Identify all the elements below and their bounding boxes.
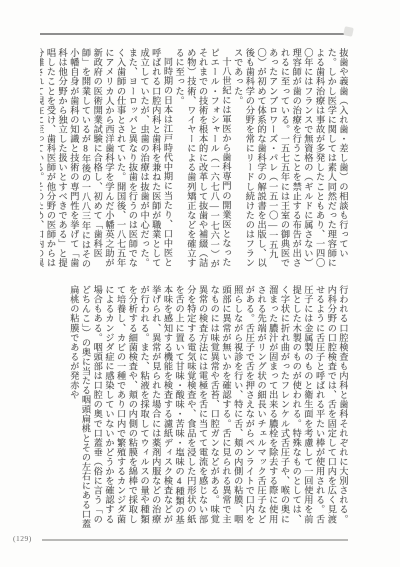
paragraph-dentistry-history-3: 同時期の日本は江戸時代中期に当たり、口中医と呼ばれる口腔内科と歯科を兼ねた医師が… bbox=[40, 48, 172, 272]
book-page: 抜歯や義歯（入れ歯・差し歯）の相談も行っていた。しかし医学に関しては素人同然だっ… bbox=[0, 0, 400, 567]
bottom-horizontal-rule bbox=[42, 539, 348, 541]
page-number: (129) bbox=[13, 534, 32, 543]
paragraph-oral-examination: 行われる口腔検査も内科と歯科それぞれに大別される。内科分野の口腔検査では、舌を固… bbox=[67, 285, 348, 533]
scan-artifact-mark bbox=[343, 26, 354, 37]
lower-text-block: 行われる口腔検査も内科と歯科それぞれに大別される。内科分野の口腔検査では、舌を固… bbox=[40, 285, 348, 533]
paragraph-dentistry-history-1: 抜歯や義歯（入れ歯・差し歯）の相談も行っていた。しかし医学に関しては素人同然だっ… bbox=[231, 48, 348, 272]
upper-text-block: 抜歯や義歯（入れ歯・差し歯）の相談も行っていた。しかし医学に関しては素人同然だっ… bbox=[40, 48, 348, 272]
top-horizontal-rule bbox=[40, 33, 346, 35]
paragraph-dentistry-history-2: 十八世紀には軍医から歯科専門の開業医となったピエール・フォシャール（一六七八―一… bbox=[172, 48, 231, 272]
